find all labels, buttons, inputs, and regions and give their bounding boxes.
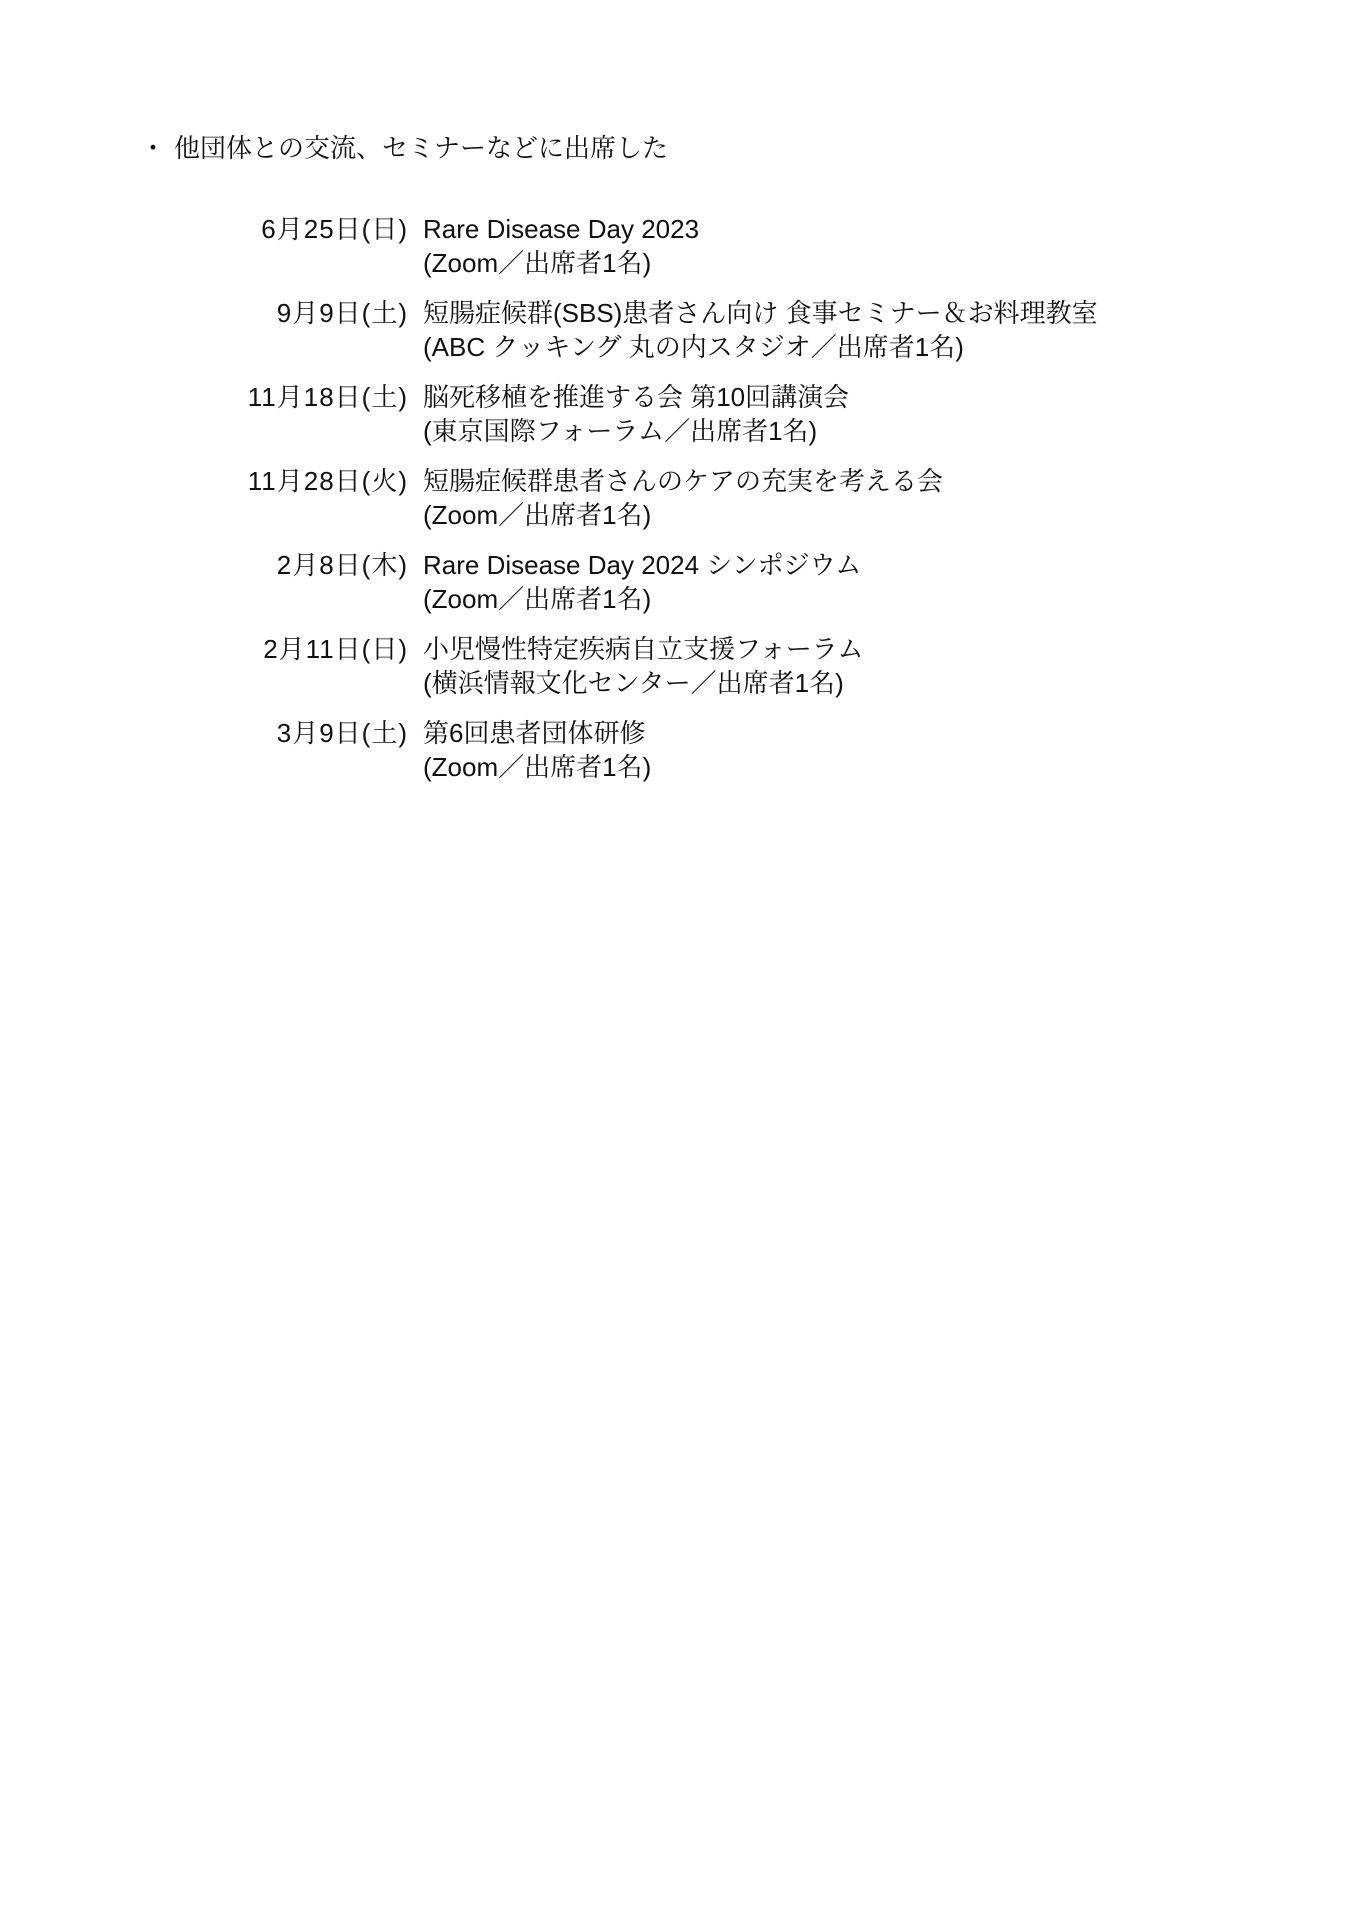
document-page: ・他団体との交流、セミナーなどに出席した 6月25日(日)Rare Diseas… [0, 0, 1356, 1920]
event-title: 脳死移植を推進する会 第10回講演会 [423, 380, 849, 414]
event-description: 短腸症候群患者さんのケアの充実を考える会(Zoom／出席者1名) [423, 464, 943, 532]
event-venue: (ABC クッキング 丸の内スタジオ／出席者1名) [423, 330, 1098, 364]
event-description: Rare Disease Day 2024 シンポジウム(Zoom／出席者1名) [423, 548, 861, 616]
event-venue: (Zoom／出席者1名) [423, 498, 943, 532]
event-venue: (横浜情報文化センター／出席者1名) [423, 666, 863, 700]
event-date: 9月9日(土) [0, 296, 408, 330]
event-title: 短腸症候群(SBS)患者さん向け 食事セミナー＆お料理教室 [423, 296, 1098, 330]
event-venue: (Zoom／出席者1名) [423, 246, 699, 280]
event-title: 短腸症候群患者さんのケアの充実を考える会 [423, 464, 943, 498]
event-description: 第6回患者団体研修(Zoom／出席者1名) [423, 716, 651, 784]
event-row: 9月9日(土)短腸症候群(SBS)患者さん向け 食事セミナー＆お料理教室(ABC… [0, 296, 1356, 364]
event-date: 11月18日(土) [0, 380, 408, 414]
event-title: 第6回患者団体研修 [423, 716, 651, 750]
event-title: Rare Disease Day 2024 シンポジウム [423, 548, 861, 582]
event-title: Rare Disease Day 2023 [423, 212, 699, 246]
event-list: 6月25日(日)Rare Disease Day 2023(Zoom／出席者1名… [0, 212, 1356, 800]
event-date: 3月9日(土) [0, 716, 408, 750]
event-title: 小児慢性特定疾病自立支援フォーラム [423, 632, 863, 666]
event-description: 脳死移植を推進する会 第10回講演会(東京国際フォーラム／出席者1名) [423, 380, 849, 448]
event-row: 3月9日(土)第6回患者団体研修(Zoom／出席者1名) [0, 716, 1356, 784]
event-row: 11月18日(土)脳死移植を推進する会 第10回講演会(東京国際フォーラム／出席… [0, 380, 1356, 448]
event-row: 2月8日(木)Rare Disease Day 2024 シンポジウム(Zoom… [0, 548, 1356, 616]
event-date: 2月11日(日) [0, 632, 408, 666]
event-row: 2月11日(日)小児慢性特定疾病自立支援フォーラム(横浜情報文化センター／出席者… [0, 632, 1356, 700]
event-venue: (Zoom／出席者1名) [423, 750, 651, 784]
event-description: 小児慢性特定疾病自立支援フォーラム(横浜情報文化センター／出席者1名) [423, 632, 863, 700]
event-row: 11月28日(火)短腸症候群患者さんのケアの充実を考える会(Zoom／出席者1名… [0, 464, 1356, 532]
event-description: Rare Disease Day 2023(Zoom／出席者1名) [423, 212, 699, 280]
event-description: 短腸症候群(SBS)患者さん向け 食事セミナー＆お料理教室(ABC クッキング … [423, 296, 1098, 364]
event-venue: (東京国際フォーラム／出席者1名) [423, 414, 849, 448]
event-date: 11月28日(火) [0, 464, 408, 498]
event-row: 6月25日(日)Rare Disease Day 2023(Zoom／出席者1名… [0, 212, 1356, 280]
event-date: 6月25日(日) [0, 212, 408, 246]
section-heading-text: 他団体との交流、セミナーなどに出席した [174, 133, 668, 163]
event-venue: (Zoom／出席者1名) [423, 582, 861, 616]
bullet-marker: ・ [140, 131, 166, 165]
section-heading: ・他団体との交流、セミナーなどに出席した [140, 131, 668, 165]
event-date: 2月8日(木) [0, 548, 408, 582]
